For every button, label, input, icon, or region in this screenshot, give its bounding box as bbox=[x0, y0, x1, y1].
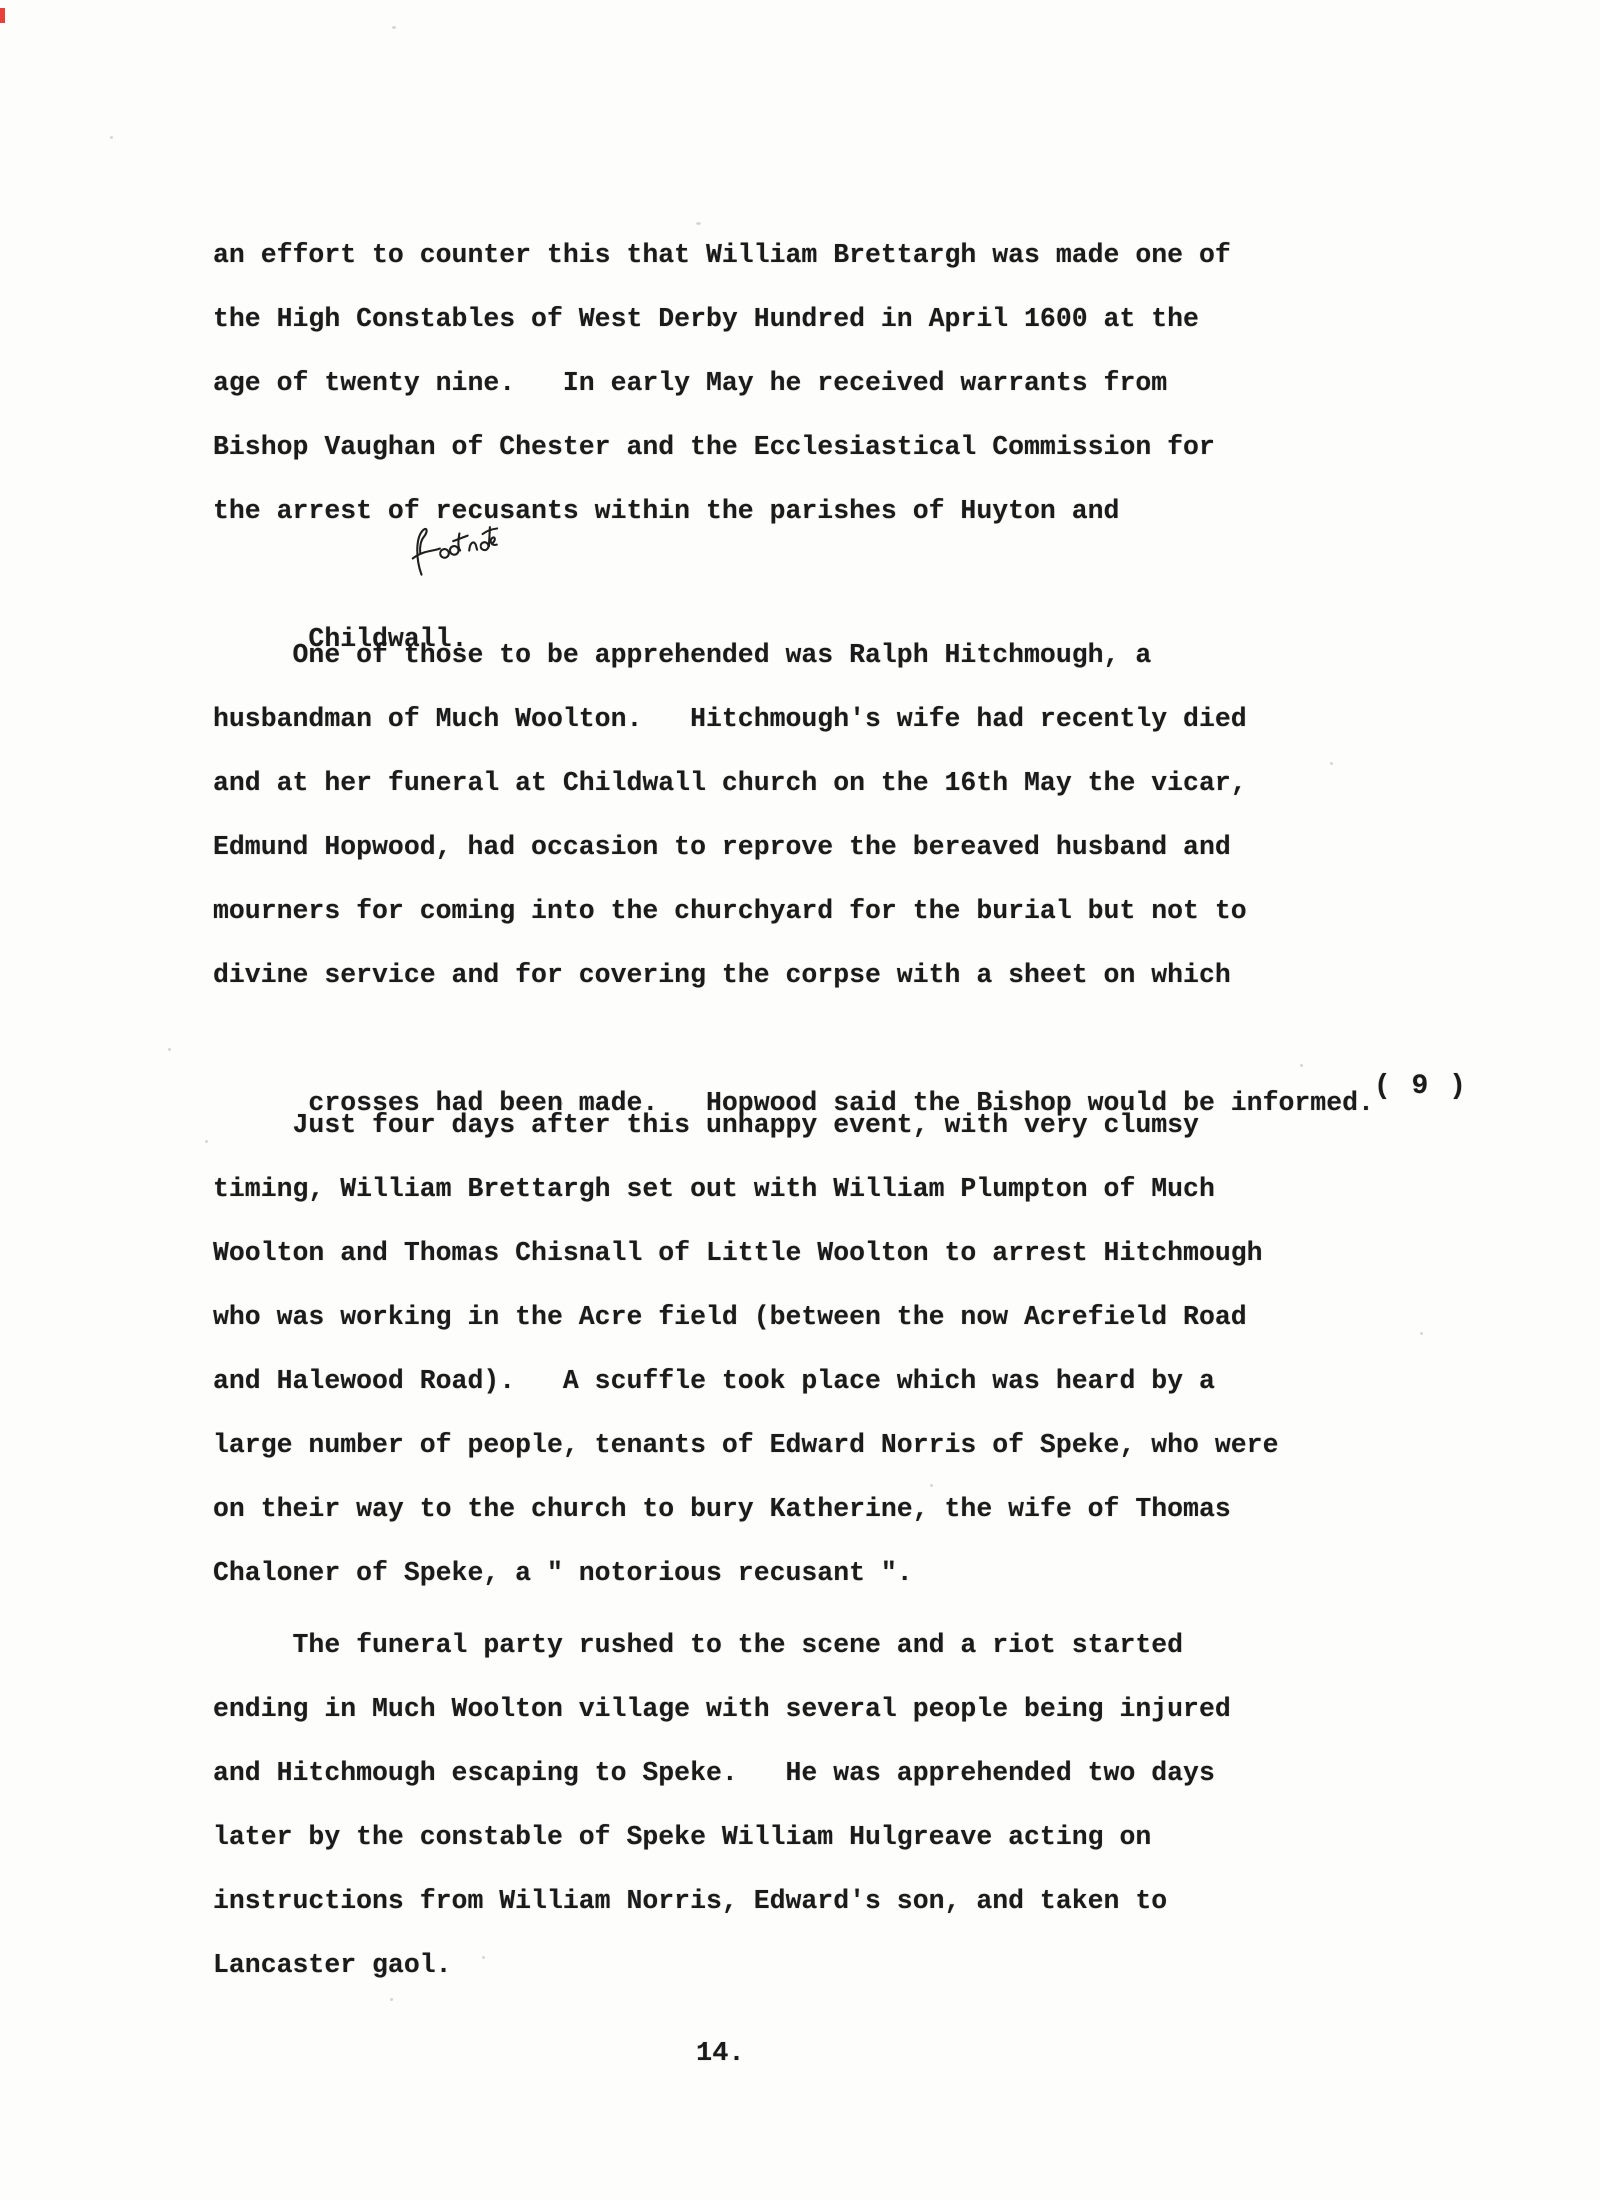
scan-speck bbox=[110, 136, 113, 139]
text-line: later by the constable of Speke William … bbox=[213, 1805, 1463, 1869]
text-line: One of those to be apprehended was Ralph… bbox=[213, 623, 1463, 687]
scan-speck bbox=[482, 1956, 485, 1959]
scan-speck bbox=[390, 1998, 393, 2001]
paragraph-4: The funeral party rushed to the scene an… bbox=[213, 1613, 1463, 1997]
text-line: age of twenty nine. In early May he rece… bbox=[213, 351, 1463, 415]
scan-speck bbox=[205, 1140, 208, 1143]
scan-speck bbox=[392, 26, 396, 29]
text-line: Chaloner of Speke, a " notorious recusan… bbox=[213, 1541, 1463, 1605]
paragraph-2: One of those to be apprehended was Ralph… bbox=[213, 623, 1463, 1071]
text-line: crosses had been made. Hopwood said the … bbox=[213, 1007, 1463, 1071]
text-line: Woolton and Thomas Chisnall of Little Wo… bbox=[213, 1221, 1463, 1285]
text-line: ending in Much Woolton village with seve… bbox=[213, 1677, 1463, 1741]
text-line: and Hitchmough escaping to Speke. He was… bbox=[213, 1741, 1463, 1805]
scan-speck bbox=[696, 222, 701, 225]
text-line: Edmund Hopwood, had occasion to reprove … bbox=[213, 815, 1463, 879]
text-line: who was working in the Acre field (betwe… bbox=[213, 1285, 1463, 1349]
text-line: the High Constables of West Derby Hundre… bbox=[213, 287, 1463, 351]
text-line: instructions from William Norris, Edward… bbox=[213, 1869, 1463, 1933]
paragraph-3: Just four days after this unhappy event,… bbox=[213, 1093, 1463, 1605]
text-line: and at her funeral at Childwall church o… bbox=[213, 751, 1463, 815]
scan-speck bbox=[1300, 1064, 1303, 1067]
scan-speck bbox=[1052, 1106, 1055, 1109]
text-line: mourners for coming into the churchyard … bbox=[213, 879, 1463, 943]
text-line: Just four days after this unhappy event,… bbox=[213, 1093, 1463, 1157]
text-line: Childwall. bbox=[213, 543, 1463, 607]
text-line: timing, William Brettargh set out with W… bbox=[213, 1157, 1463, 1221]
scan-speck bbox=[1330, 762, 1333, 765]
handwritten-footnote-annotation bbox=[409, 521, 501, 602]
text-line: The funeral party rushed to the scene an… bbox=[213, 1613, 1463, 1677]
red-edge-mark bbox=[0, 8, 5, 23]
scan-speck bbox=[560, 1102, 563, 1105]
scanned-document-page: an effort to counter this that William B… bbox=[0, 0, 1600, 2200]
scan-speck bbox=[1420, 1332, 1423, 1335]
text-line: large number of people, tenants of Edwar… bbox=[213, 1413, 1463, 1477]
paragraph-1: an effort to counter this that William B… bbox=[213, 223, 1463, 607]
text-line: an effort to counter this that William B… bbox=[213, 223, 1463, 287]
text-line: divine service and for covering the corp… bbox=[213, 943, 1463, 1007]
page-number: 14. bbox=[696, 2030, 745, 2078]
scan-speck bbox=[838, 1095, 841, 1098]
text-line: and Halewood Road). A scuffle took place… bbox=[213, 1349, 1463, 1413]
text-line: Bishop Vaughan of Chester and the Eccles… bbox=[213, 415, 1463, 479]
text-line: the arrest of recusants within the paris… bbox=[213, 479, 1463, 543]
text-line: on their way to the church to bury Kathe… bbox=[213, 1477, 1463, 1541]
scan-speck bbox=[930, 1484, 933, 1487]
text-line: Lancaster gaol. bbox=[213, 1933, 1463, 1997]
text-line: husbandman of Much Woolton. Hitchmough's… bbox=[213, 687, 1463, 751]
scan-speck bbox=[168, 1048, 171, 1051]
